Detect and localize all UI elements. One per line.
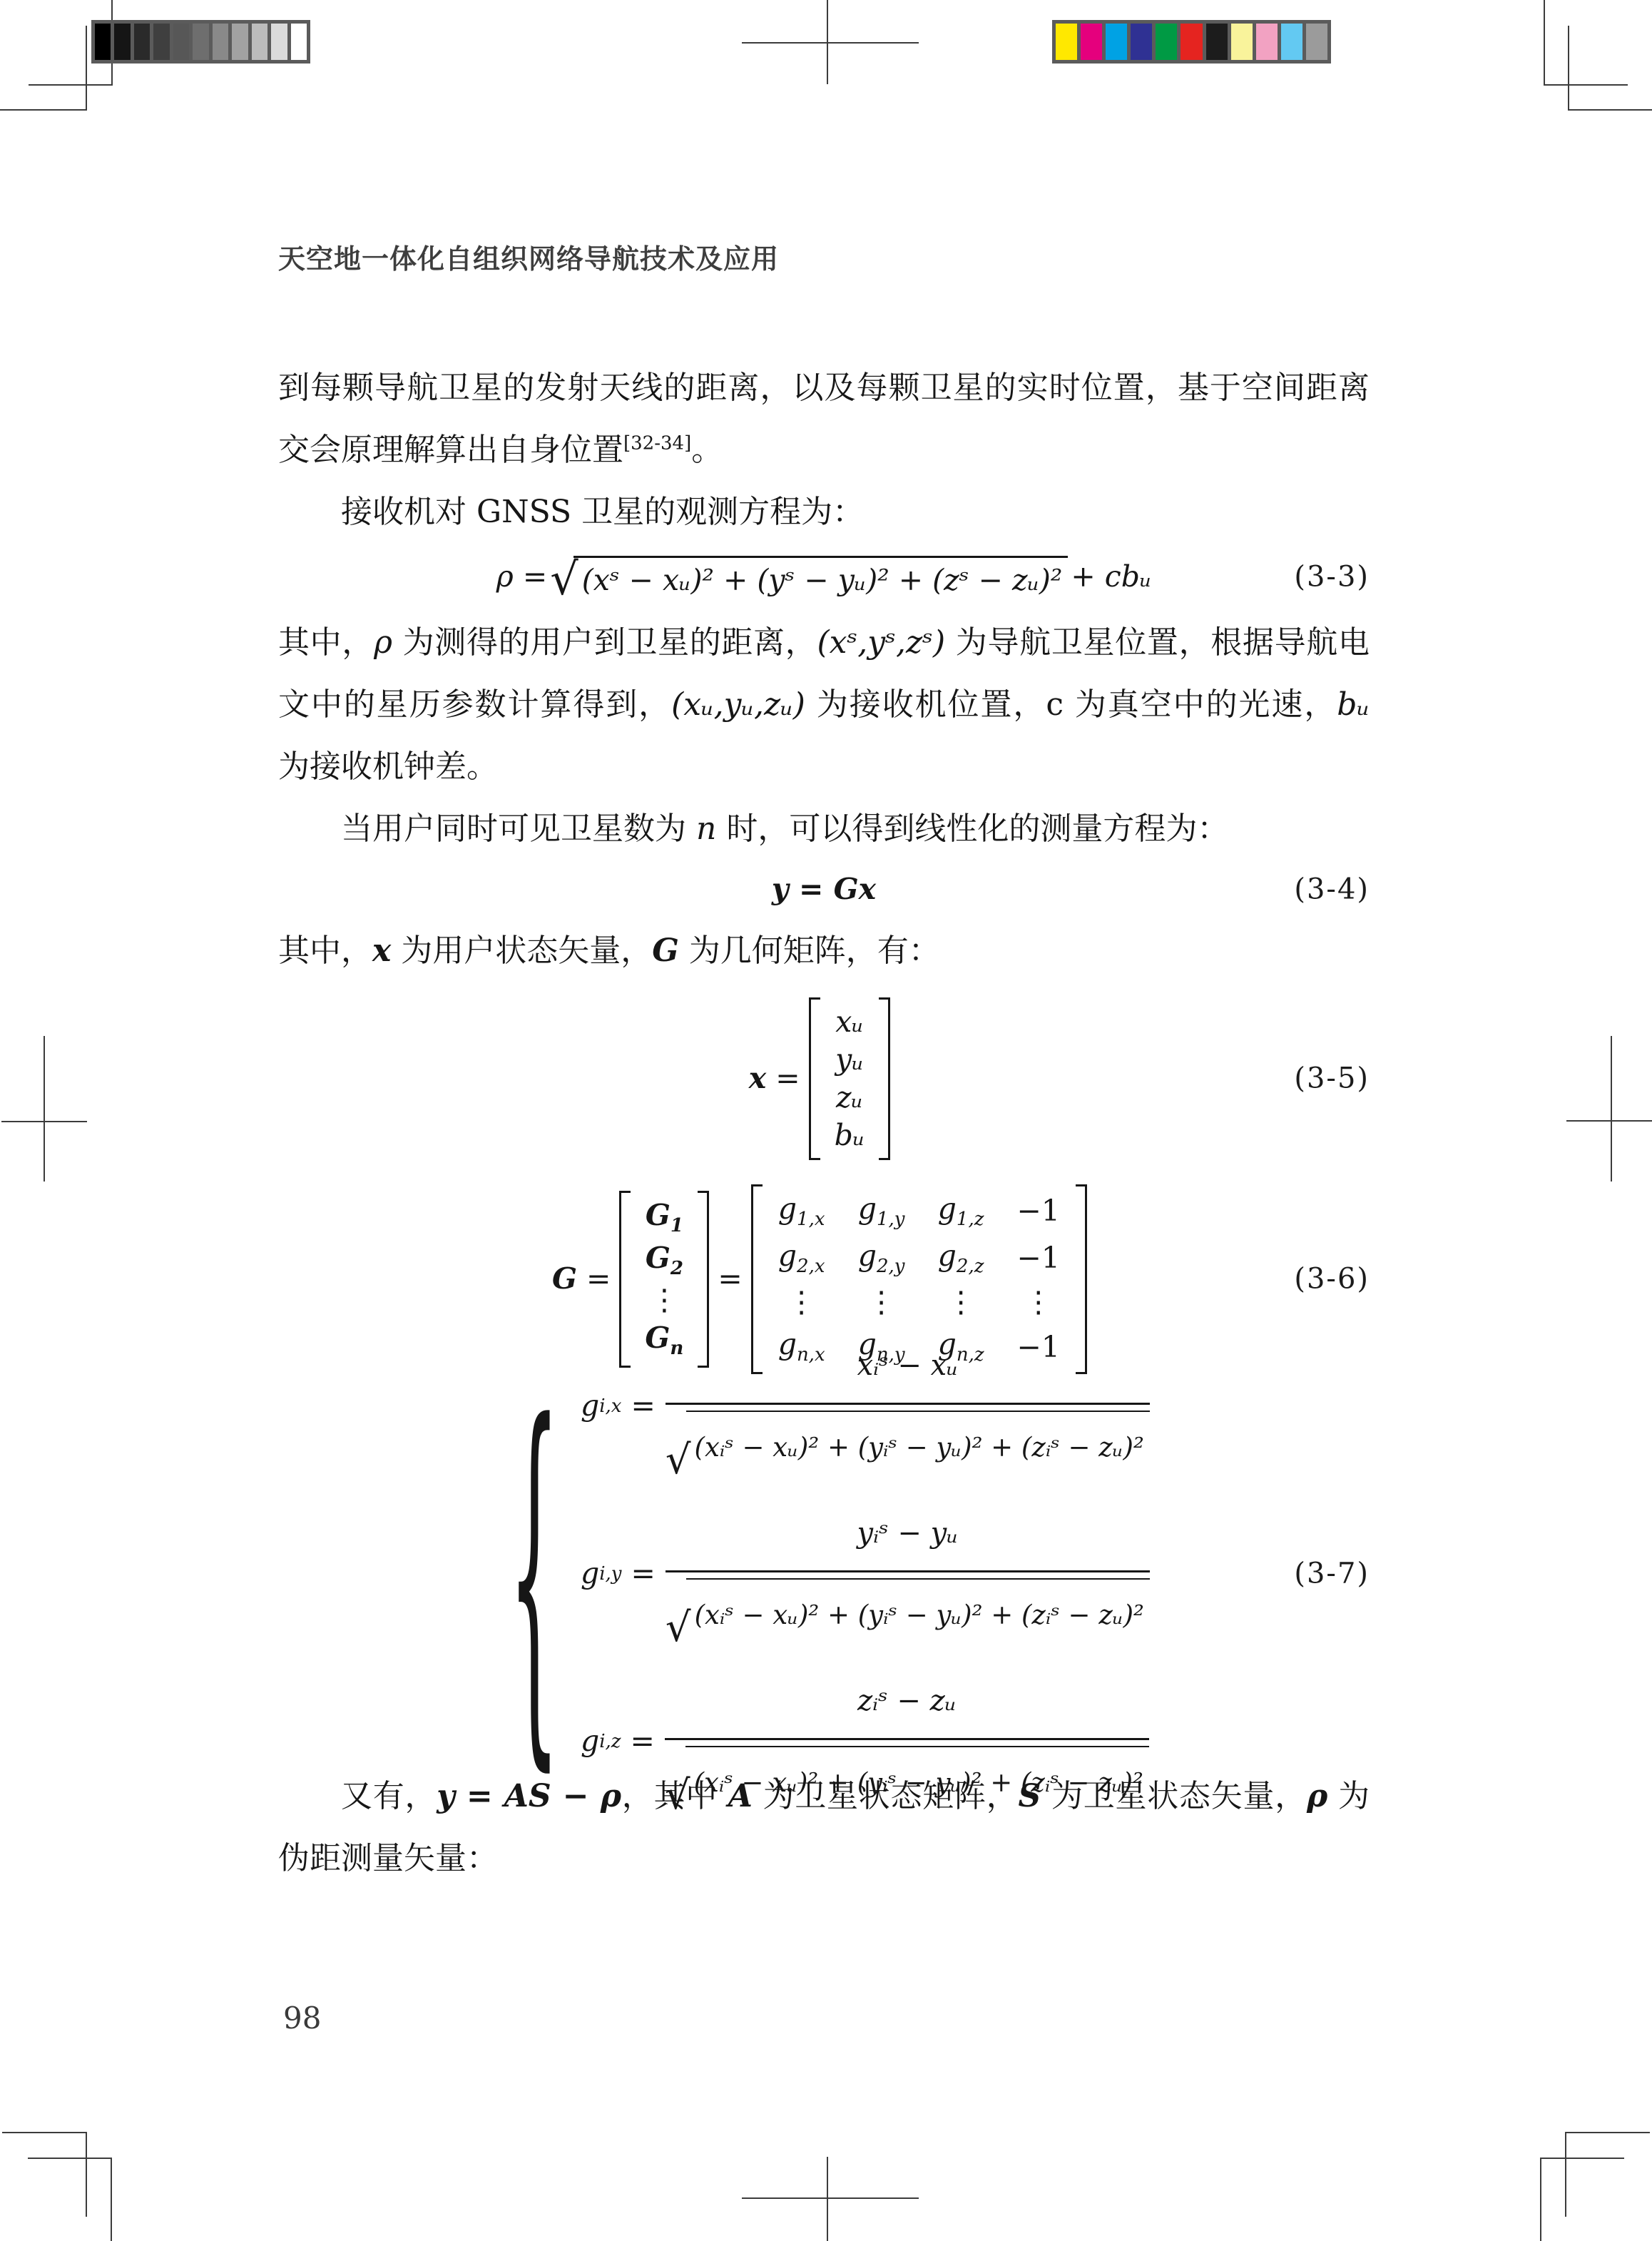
- fraction: yᵢˢ − yᵤ √ (xᵢˢ − xᵤ)² + (yᵢˢ − yᵤ)² + (…: [666, 1503, 1150, 1646]
- fraction-denominator: √ (xᵢˢ − xᵤ)² + (yᵢˢ − yᵤ)² + (zᵢˢ − zᵤ)…: [666, 1570, 1150, 1646]
- matrix-cell-dots: ⋮: [947, 1286, 976, 1318]
- crop-mark-line: [1565, 2132, 1650, 2133]
- paragraph-text: 当用户同时可见卫星数为: [341, 810, 696, 847]
- color-swatch: [1131, 24, 1152, 60]
- equation-lhs: x: [749, 1060, 766, 1097]
- fraction: xᵢˢ − xᵤ √ (xᵢˢ − xᵤ)² + (yᵢˢ − yᵤ)² + (…: [666, 1335, 1150, 1478]
- fraction-numerator: yᵢˢ − yᵤ: [850, 1503, 966, 1570]
- grayscale-swatch: [213, 24, 228, 60]
- crop-mark-line: [111, 2158, 112, 2241]
- color-swatch: [1206, 24, 1228, 60]
- paragraph-text: 为测得的用户到卫星的距离，: [392, 624, 817, 661]
- fraction-denominator: √ (xᵢˢ − xᵤ)² + (yᵢˢ − yᵤ)² + (zᵢˢ − zᵤ)…: [665, 1738, 1149, 1814]
- equals-sign: =: [775, 1060, 800, 1097]
- body-content: 到每颗导航卫星的发射天线的距离，以及每颗卫星的实时位置，基于空间距离交会原理解算…: [278, 357, 1370, 1889]
- crop-mark-line: [44, 1036, 45, 1182]
- crop-mark-line: [0, 109, 87, 111]
- equation-label: (3-5): [1294, 1048, 1370, 1110]
- grayscale-swatch: [271, 24, 287, 60]
- running-header-title: 天空地一体化自组织网络导航技术及应用: [278, 237, 779, 276]
- crop-mark-line: [1544, 0, 1545, 86]
- equals-sign: =: [523, 559, 547, 595]
- grayscale-swatch: [193, 24, 208, 60]
- fraction: zᵢˢ − zᵤ √ (xᵢˢ − xᵤ)² + (yᵢˢ − yᵤ)² + (…: [665, 1670, 1149, 1814]
- crop-mark-line: [1565, 2132, 1566, 2217]
- reference-superscript: [32-34]: [623, 432, 691, 454]
- matrix-cell: −1: [1017, 1242, 1060, 1274]
- paragraph-4: 当用户同时可见卫星数为 n 时，可以得到线性化的测量方程为：: [278, 798, 1370, 860]
- paragraph-text: 又有，: [341, 1778, 437, 1814]
- crop-mark-line: [742, 42, 919, 44]
- matrix-cell: xᵤ: [835, 1003, 863, 1041]
- column-vector: xᵤ yᵤ zᵤ bᵤ: [809, 997, 891, 1160]
- fraction-numerator: zᵢˢ − zᵤ: [850, 1670, 964, 1738]
- matrix-cell: g2,x: [778, 1240, 825, 1277]
- grayscale-calibration-bar: [91, 20, 310, 63]
- paragraph-3: 其中，ρ 为测得的用户到卫星的距离，(xˢ,yˢ,zˢ) 为导航卫星位置，根据导…: [278, 611, 1370, 798]
- crop-mark-line: [827, 0, 828, 84]
- matrix-cell: g2,z: [938, 1240, 984, 1277]
- paragraph-text: 。: [691, 432, 723, 468]
- equals-sign: =: [718, 1261, 742, 1297]
- math-inline: (xˢ,yˢ,zˢ): [817, 624, 945, 661]
- crop-mark-line: [1544, 84, 1628, 86]
- paragraph-text: 为接收机钟差。: [278, 748, 498, 785]
- color-swatch: [1156, 24, 1177, 60]
- system-brace: {: [509, 1377, 559, 1771]
- color-calibration-bar: [1052, 20, 1331, 63]
- matrix-cell: zᵤ: [836, 1079, 863, 1117]
- matrix-cell-dots: ⋮: [867, 1286, 896, 1318]
- equation-label: (3-4): [1294, 859, 1370, 921]
- equation-row: gi,y = yᵢˢ − yᵤ √ (xᵢˢ − xᵤ)² + (yᵢˢ − y…: [581, 1503, 1150, 1646]
- paragraph-text: 为几何矩阵，有：: [679, 933, 940, 969]
- matrix-cell: yᵤ: [835, 1041, 864, 1079]
- grayscale-swatch: [95, 24, 111, 60]
- math-inline: n: [696, 810, 716, 847]
- matrix-cell-dots: ⋮: [650, 1281, 679, 1319]
- equation-3-3: ρ = √ (xˢ − xᵤ)² + (yˢ − yᵤ)² + (zˢ − zᵤ…: [278, 543, 1370, 611]
- radicand: (xˢ − xᵤ)² + (yˢ − yᵤ)² + (zˢ − zᵤ)²: [573, 556, 1069, 599]
- matrix-cell-dots: ⋮: [1024, 1286, 1053, 1318]
- matrix-cell: G1: [646, 1196, 683, 1239]
- paragraph-text: 为接收机位置，c 为真空中的光速，: [805, 686, 1337, 723]
- math-inline: (xᵤ,yᵤ,zᵤ): [671, 686, 805, 723]
- crop-mark-line: [827, 2157, 828, 2241]
- fraction-denominator: √ (xᵢˢ − xᵤ)² + (yᵢˢ − yᵤ)² + (zᵢˢ − zᵤ)…: [666, 1403, 1150, 1478]
- paragraph-1: 到每颗导航卫星的发射天线的距离，以及每颗卫星的实时位置，基于空间距离交会原理解算…: [278, 357, 1370, 481]
- matrix-cell: g1,x: [778, 1193, 825, 1230]
- radicand: (xᵢˢ − xᵤ)² + (yᵢˢ − yᵤ)² + (zᵢˢ − zᵤ)²: [686, 1578, 1150, 1646]
- equation-row: gi,z = zᵢˢ − zᵤ √ (xᵢˢ − xᵤ)² + (yᵢˢ − y…: [581, 1670, 1150, 1814]
- paragraph-5: 其中，x 为用户状态矢量，G 为几何矩阵，有：: [278, 920, 1370, 982]
- equation-lhs: G: [552, 1261, 577, 1297]
- crop-mark-line: [1566, 1120, 1652, 1122]
- grayscale-swatch: [291, 24, 307, 60]
- crop-mark-line: [2, 2132, 87, 2133]
- grayscale-swatch: [153, 24, 169, 60]
- matrix-cell: bᵤ: [835, 1117, 865, 1154]
- color-swatch: [1256, 24, 1278, 60]
- matrix-cell: g2,y: [858, 1240, 905, 1277]
- color-swatch: [1306, 24, 1327, 60]
- equation-lhs: ρ: [496, 559, 514, 595]
- paragraph-text: 其中，: [278, 933, 372, 969]
- paragraph-text: 其中，: [278, 624, 374, 661]
- equation-tail: + cbᵤ: [1071, 559, 1151, 595]
- math-inline: bᵤ: [1337, 686, 1370, 723]
- color-swatch: [1106, 24, 1127, 60]
- color-swatch: [1181, 24, 1202, 60]
- crop-mark-line: [86, 2132, 87, 2217]
- matrix-bracket-right: [879, 997, 890, 1160]
- paragraph-text: 时，可以得到线性化的测量方程为：: [716, 810, 1228, 847]
- crop-mark-line: [29, 84, 113, 86]
- math-inline: ρ: [374, 624, 392, 661]
- grayscale-swatch: [134, 24, 150, 60]
- fraction-numerator: xᵢˢ − xᵤ: [850, 1335, 966, 1403]
- paragraph-text: 到每颗导航卫星的发射天线的距离，以及每颗卫星的实时位置，基于空间距离交会原理解算…: [278, 370, 1370, 468]
- book-page: 天空地一体化自组织网络导航技术及应用 到每颗导航卫星的发射天线的距离，以及每颗卫…: [0, 0, 1652, 2241]
- color-swatch: [1081, 24, 1102, 60]
- grayscale-swatch: [114, 24, 130, 60]
- matrix-cell: g1,z: [938, 1193, 984, 1230]
- grayscale-swatch: [173, 24, 189, 60]
- math-inline: G: [652, 933, 679, 969]
- equation-3-5: x = xᵤ yᵤ zᵤ bᵤ (3-5): [278, 982, 1370, 1176]
- math-inline: x: [372, 933, 391, 969]
- paragraph-text: 为用户状态矢量，: [391, 933, 652, 969]
- equation-label: (3-7): [1294, 1543, 1370, 1605]
- paragraph-2: 接收机对 GNSS 卫星的观测方程为：: [278, 481, 1370, 543]
- equation-3-4: y = Gx (3-4): [278, 860, 1370, 920]
- crop-mark-line: [742, 2197, 919, 2199]
- equation-3-7: { gi,x = xᵢˢ − xᵤ √ (xᵢˢ − xᵤ)² + (yᵢˢ −…: [278, 1383, 1370, 1765]
- color-swatch: [1231, 24, 1253, 60]
- equation-row: gi,x = xᵢˢ − xᵤ √ (xᵢˢ − xᵤ)² + (yᵢˢ − y…: [581, 1335, 1150, 1478]
- crop-mark-line: [1540, 2158, 1624, 2159]
- crop-mark-line: [28, 2158, 112, 2159]
- color-swatch: [1056, 24, 1077, 60]
- crop-mark-line: [1540, 2158, 1541, 2241]
- matrix-cell-dots: ⋮: [787, 1286, 816, 1318]
- grayscale-swatch: [232, 24, 248, 60]
- crop-mark-line: [1568, 26, 1569, 111]
- crop-mark-line: [1569, 109, 1652, 111]
- matrix-cell: G2: [646, 1239, 683, 1282]
- page-number: 98: [283, 2001, 321, 2036]
- equals-sign: =: [586, 1261, 611, 1297]
- crop-mark-line: [1, 1121, 87, 1122]
- radical: √ (xˢ − xᵤ)² + (yˢ − yᵤ)² + (zˢ − zᵤ)²: [550, 556, 1068, 599]
- color-swatch: [1281, 24, 1302, 60]
- matrix-cell: −1: [1017, 1195, 1060, 1227]
- matrix-bracket-left: [809, 997, 820, 1160]
- equation-expression: y = Gx: [772, 871, 876, 908]
- grayscale-swatch: [252, 24, 267, 60]
- equation-label: (3-3): [1294, 547, 1370, 609]
- crop-mark-line: [86, 26, 87, 111]
- crop-mark-line: [1611, 1036, 1612, 1182]
- matrix-cell: g1,y: [858, 1193, 905, 1230]
- radicand: (xᵢˢ − xᵤ)² + (yᵢˢ − yᵤ)² + (zᵢˢ − zᵤ)²: [686, 1411, 1150, 1478]
- radicand: (xᵢˢ − xᵤ)² + (yᵢˢ − yᵤ)² + (zᵢˢ − zᵤ)²: [685, 1746, 1149, 1814]
- math-inline: ρ: [1307, 1778, 1327, 1814]
- equation-label: (3-6): [1294, 1249, 1370, 1311]
